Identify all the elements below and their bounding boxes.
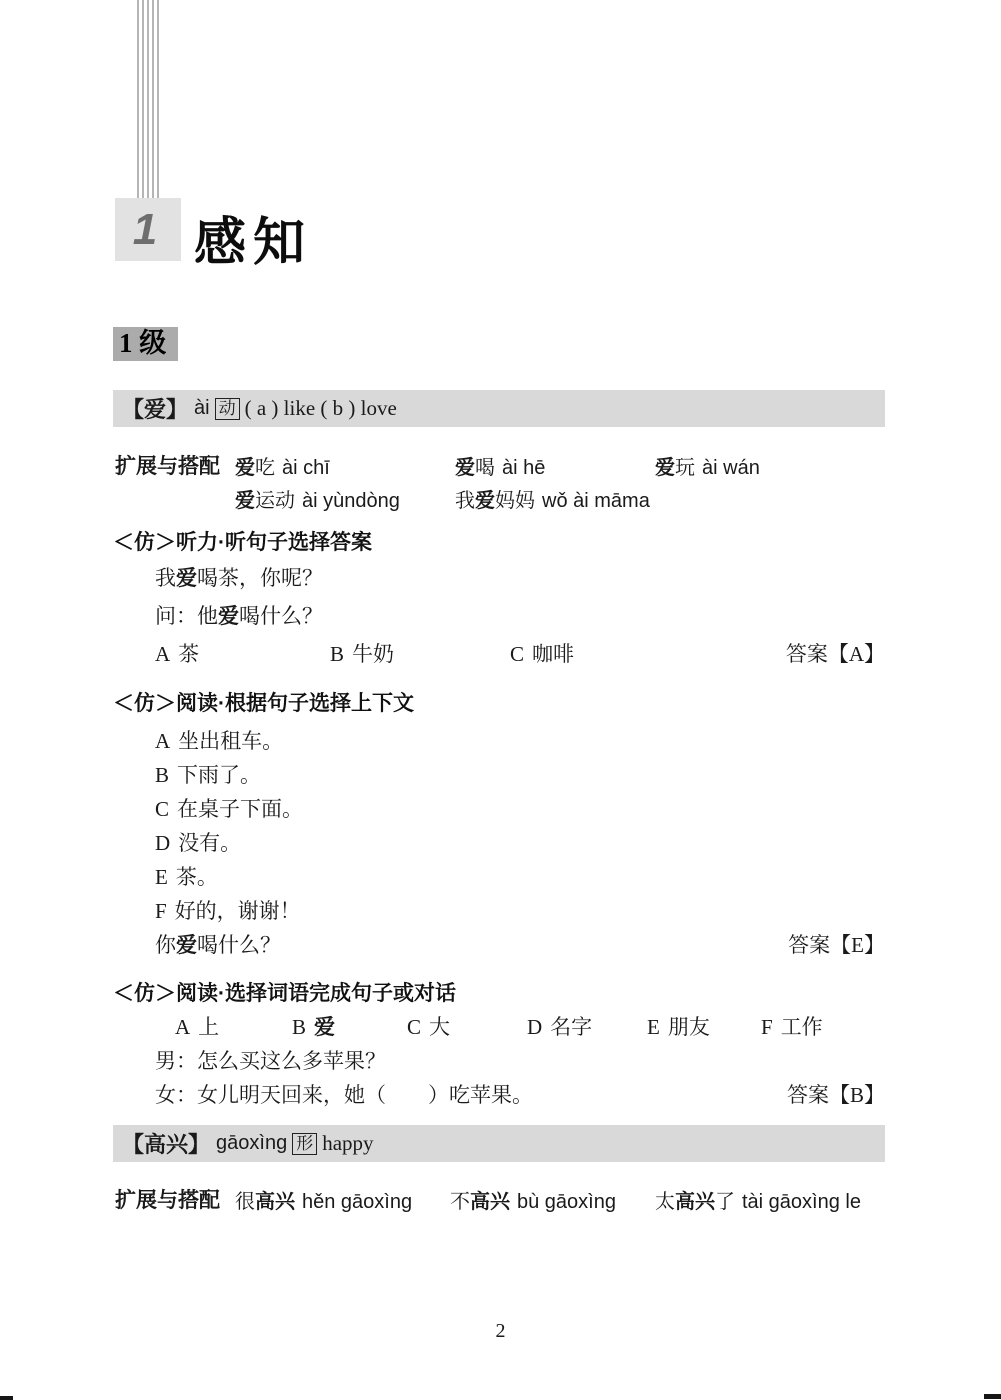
expansion-label: 扩展与搭配	[115, 450, 220, 480]
binding-line	[142, 0, 144, 198]
list-item: A坐出租车。	[155, 725, 283, 755]
level-badge: 1 级	[113, 327, 178, 361]
option-text: 没有。	[178, 831, 241, 855]
chapter-number-box: 1	[115, 198, 181, 261]
pos-tag: 形	[292, 1133, 317, 1155]
option-letter: A	[175, 1015, 190, 1039]
option-letter: C	[155, 797, 169, 821]
option-text: 牛奶	[352, 642, 394, 666]
option-item: D名字	[527, 1011, 592, 1041]
collocation-item: 爱喝ài hē	[455, 451, 545, 480]
collocation-item: 我爱妈妈wǒ ài māma	[455, 484, 650, 513]
list-item: E茶。	[155, 861, 218, 891]
answer-badge: 答案【E】	[788, 929, 885, 959]
collocation-item: 太高兴了tài gāoxìng le	[655, 1185, 861, 1214]
exercise-header-listening: ＜仿＞听力·听句子选择答案	[113, 526, 372, 556]
option-item: B牛奶	[330, 638, 394, 668]
option-letter: C	[510, 642, 524, 666]
list-item: C在桌子下面。	[155, 793, 303, 823]
option-item: F工作	[761, 1011, 823, 1041]
collocation-item: 爱玩ài wán	[655, 451, 760, 480]
entry-bar-gaoxing: 【高兴】 gāoxìng 形 happy	[113, 1125, 885, 1162]
sentence-line: 我爱喝茶，你呢？	[155, 562, 323, 592]
option-letter: F	[155, 899, 167, 923]
prompt-line: 你爱喝什么？	[155, 929, 281, 959]
collocation-chinese: 太高兴了	[655, 1191, 735, 1213]
collocation-pinyin: ài wán	[702, 457, 760, 479]
list-item: D没有。	[155, 827, 241, 857]
collocation-pinyin: bù gāoxìng	[517, 1191, 616, 1213]
collocation-item: 不高兴bù gāoxìng	[450, 1185, 616, 1214]
expansion-label: 扩展与搭配	[115, 1184, 220, 1214]
option-text: 上	[198, 1015, 219, 1039]
list-item: F好的，谢谢！	[155, 895, 301, 925]
collocation-chinese: 爱玩	[655, 457, 695, 479]
answer-badge: 答案【A】	[786, 638, 885, 668]
headword: 【高兴】	[122, 1128, 210, 1159]
chapter-number: 1	[133, 205, 157, 255]
option-text: 坐出租车。	[178, 729, 283, 753]
crop-mark-bottom-right	[984, 1394, 1001, 1399]
sentence-line: 问：他爱喝什么？	[155, 600, 323, 630]
collocation-chinese: 爱喝	[455, 457, 495, 479]
collocation-pinyin: hěn gāoxìng	[302, 1191, 412, 1213]
option-letter: E	[647, 1015, 660, 1039]
option-letter: B	[155, 763, 169, 787]
collocation-chinese: 我爱妈妈	[455, 490, 535, 512]
option-letter: E	[155, 865, 168, 889]
option-letter: D	[527, 1015, 542, 1039]
option-text: 在桌子下面。	[177, 797, 303, 821]
dialog-line-female: 女：女儿明天回来，她（ ）吃苹果。	[155, 1079, 533, 1109]
option-text: 工作	[781, 1015, 823, 1039]
option-text: 爱	[314, 1015, 335, 1039]
headword-pinyin: ài	[194, 397, 210, 420]
collocation-pinyin: tài gāoxìng le	[742, 1191, 861, 1213]
collocation-item: 很高兴hěn gāoxìng	[235, 1185, 412, 1214]
option-item: A上	[175, 1011, 219, 1041]
headword: 【爱】	[122, 393, 188, 424]
option-letter: A	[155, 642, 170, 666]
collocation-pinyin: ài chī	[282, 457, 330, 479]
binding-line	[137, 0, 139, 198]
option-letter: C	[407, 1015, 421, 1039]
binding-line	[147, 0, 149, 198]
gloss: happy	[322, 1131, 373, 1156]
crop-mark-bottom-left	[0, 1396, 13, 1400]
binding-line	[157, 0, 159, 198]
option-letter: B	[330, 642, 344, 666]
collocation-chinese: 不高兴	[450, 1191, 510, 1213]
option-letter: B	[292, 1015, 306, 1039]
entry-bar-ai: 【爱】 ài 动 ( a ) like ( b ) love	[113, 390, 885, 427]
option-text: 茶。	[176, 865, 218, 889]
chapter-title: 感知	[194, 200, 312, 275]
option-text: 朋友	[668, 1015, 710, 1039]
collocation-chinese: 很高兴	[235, 1191, 295, 1213]
option-item: B爱	[292, 1011, 335, 1041]
option-item: C大	[407, 1011, 450, 1041]
option-text: 好的，谢谢！	[175, 899, 301, 923]
exercise-header-reading-fill: ＜仿＞阅读·选择词语完成句子或对话	[113, 977, 456, 1007]
option-item: E朋友	[647, 1011, 710, 1041]
collocation-chinese: 爱吃	[235, 457, 275, 479]
option-item: A茶	[155, 638, 199, 668]
option-letter: F	[761, 1015, 773, 1039]
option-text: 咖啡	[532, 642, 574, 666]
collocation-item: 爱运动ài yùndòng	[235, 484, 400, 513]
option-text: 大	[429, 1015, 450, 1039]
binding-line	[152, 0, 154, 198]
collocation-pinyin: ài yùndòng	[302, 490, 400, 512]
collocation-chinese: 爱运动	[235, 490, 295, 512]
option-text: 下雨了。	[177, 763, 261, 787]
list-item: B下雨了。	[155, 759, 261, 789]
option-item: C咖啡	[510, 638, 574, 668]
collocation-pinyin: ài hē	[502, 457, 545, 479]
collocation-pinyin: wǒ ài māma	[542, 490, 650, 512]
headword-pinyin: gāoxìng	[216, 1132, 287, 1155]
option-letter: A	[155, 729, 170, 753]
dialog-line-male: 男：怎么买这么多苹果？	[155, 1045, 386, 1075]
gloss: ( a ) like ( b ) love	[245, 396, 397, 421]
collocation-item: 爱吃ài chī	[235, 451, 330, 480]
answer-badge: 答案【B】	[787, 1079, 885, 1109]
option-text: 名字	[550, 1015, 592, 1039]
page-number: 2	[0, 1320, 1001, 1343]
pos-tag: 动	[215, 398, 240, 420]
option-letter: D	[155, 831, 170, 855]
exercise-header-reading-context: ＜仿＞阅读·根据句子选择上下文	[113, 687, 414, 717]
option-text: 茶	[178, 642, 199, 666]
